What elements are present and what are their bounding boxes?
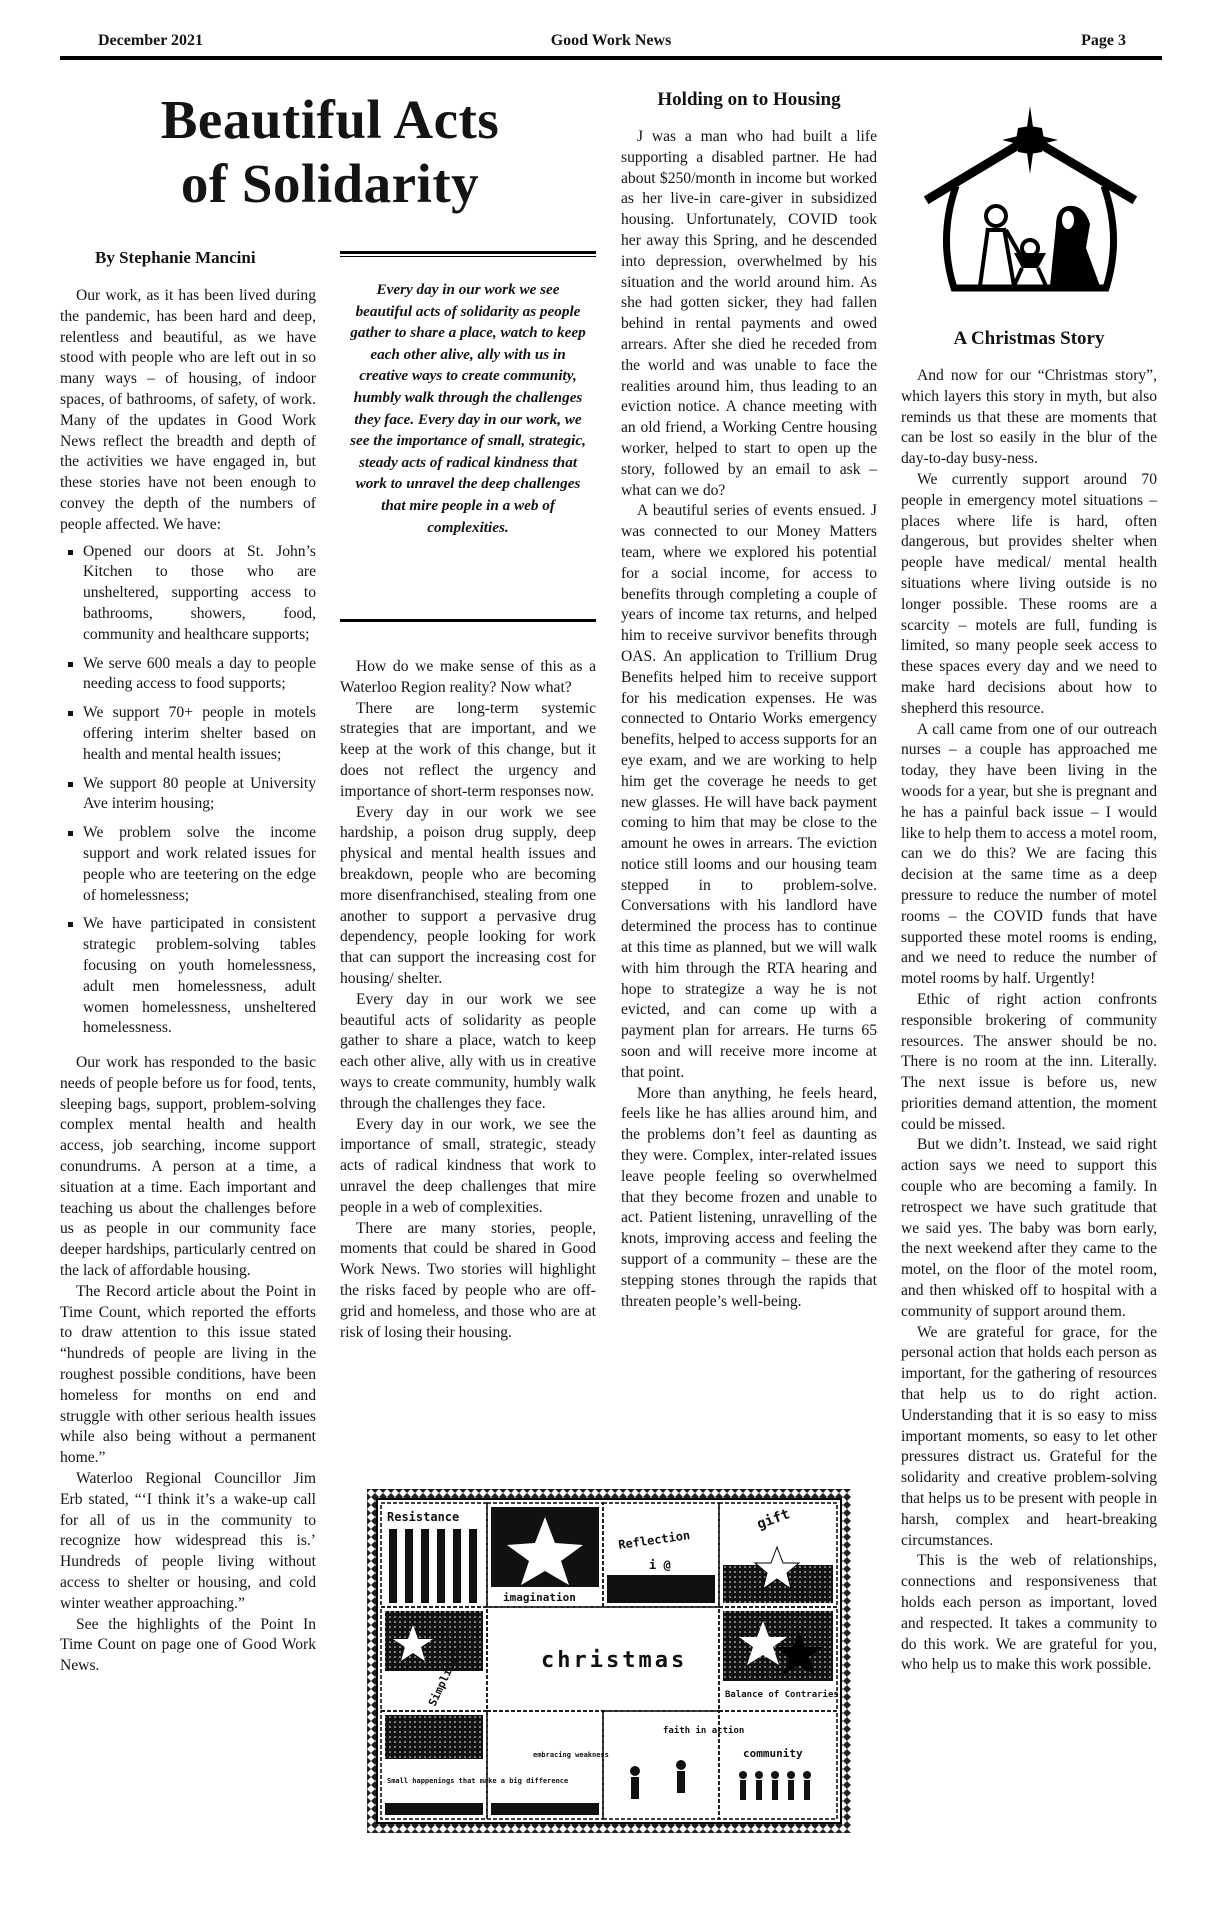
list-item: We have participated in consistent strat…	[60, 914, 316, 1039]
body-paragraph: Our work has responded to the basic need…	[60, 1053, 316, 1282]
body-paragraph: How do we make sense of this as a Waterl…	[340, 657, 596, 699]
article-title: Beautiful Acts of Solidarity	[70, 88, 590, 216]
nativity-icon	[918, 98, 1143, 298]
quilt-panel-community: community	[743, 1747, 803, 1760]
title-line-2: of Solidarity	[181, 153, 479, 214]
body-paragraph: And now for our “Christmas story”, which…	[901, 366, 1157, 470]
quilt-panel-resistance: Resistance	[387, 1510, 459, 1524]
body-paragraph: But we didn’t. Instead, we said right ac…	[901, 1135, 1157, 1322]
quilt-panel-imagination: imagination	[503, 1591, 576, 1604]
body-paragraph: Every day in our work we see beautiful a…	[340, 990, 596, 1115]
running-head: December 2021 Good Work News Page 3	[60, 28, 1162, 60]
article-column-2: How do we make sense of this as a Waterl…	[340, 657, 596, 1343]
body-paragraph: Waterloo Regional Councillor Jim Erb sta…	[60, 1469, 316, 1615]
body-paragraph: A call came from one of our outreach nur…	[901, 720, 1157, 990]
body-paragraph: Ethic of right action confronts responsi…	[901, 990, 1157, 1136]
quilt-panel-small-happenings: Small happenings that make a big differe…	[387, 1777, 568, 1785]
pull-quote-text: Every day in our work we see beautiful a…	[340, 279, 596, 538]
list-item: We problem solve the income support and …	[60, 823, 316, 906]
body-paragraph: We currently support around 70 people in…	[901, 470, 1157, 720]
list-item: We serve 600 meals a day to people needi…	[60, 654, 316, 696]
christmas-quilt-illustration: Resistance imagination Reflection i @ gi…	[363, 1485, 855, 1845]
christmas-story-column: And now for our “Christmas story”, which…	[901, 366, 1157, 1676]
page-number: Page 3	[1081, 32, 1126, 50]
accomplishments-list: Opened our doors at St. John’s Kitchen t…	[60, 542, 316, 1040]
body-paragraph: The Record article about the Point in Ti…	[60, 1282, 316, 1469]
list-item: We support 70+ people in motels offering…	[60, 703, 316, 765]
body-paragraph: A beautiful series of events ensued. J w…	[621, 501, 877, 1083]
body-paragraph: This is the web of relationships, connec…	[901, 1551, 1157, 1676]
body-paragraph: We are grateful for grace, for the perso…	[901, 1323, 1157, 1552]
christmas-story-heading: A Christmas Story	[901, 328, 1157, 350]
quilt-panel-faith-in-action: faith in action	[663, 1725, 744, 1736]
housing-story-heading: Holding on to Housing	[621, 89, 877, 111]
body-paragraph: There are many stories, people, moments …	[340, 1219, 596, 1344]
quilt-center-label: christmas	[541, 1648, 687, 1673]
list-item: Opened our doors at St. John’s Kitchen t…	[60, 542, 316, 646]
list-item: We support 80 people at University Ave i…	[60, 774, 316, 816]
body-paragraph: More than anything, he feels heard, feel…	[621, 1084, 877, 1313]
quilt-panel-balance: Balance of Contraries	[725, 1689, 839, 1700]
pull-quote: Every day in our work we see beautiful a…	[340, 251, 596, 622]
body-paragraph: There are long-term systemic strategies …	[340, 699, 596, 803]
body-paragraph: Every day in our work, we see the import…	[340, 1115, 596, 1219]
body-paragraph: J was a man who had built a life support…	[621, 127, 877, 501]
housing-story-column: J was a man who had built a life support…	[621, 127, 877, 1312]
quilt-panel-reflection-sub: i @	[649, 1558, 671, 1572]
body-paragraph: Every day in our work we see hardship, a…	[340, 803, 596, 990]
article-column-1: Our work, as it has been lived during th…	[60, 286, 316, 1677]
body-paragraph: See the highlights of the Point In Time …	[60, 1615, 316, 1677]
intro-paragraph: Our work, as it has been lived during th…	[60, 286, 316, 536]
quilt-panel-embracing-weakness: embracing weakness	[533, 1751, 609, 1759]
byline: By Stephanie Mancini	[95, 248, 256, 268]
title-line-1: Beautiful Acts	[161, 89, 500, 150]
publication-name: Good Work News	[60, 32, 1162, 50]
